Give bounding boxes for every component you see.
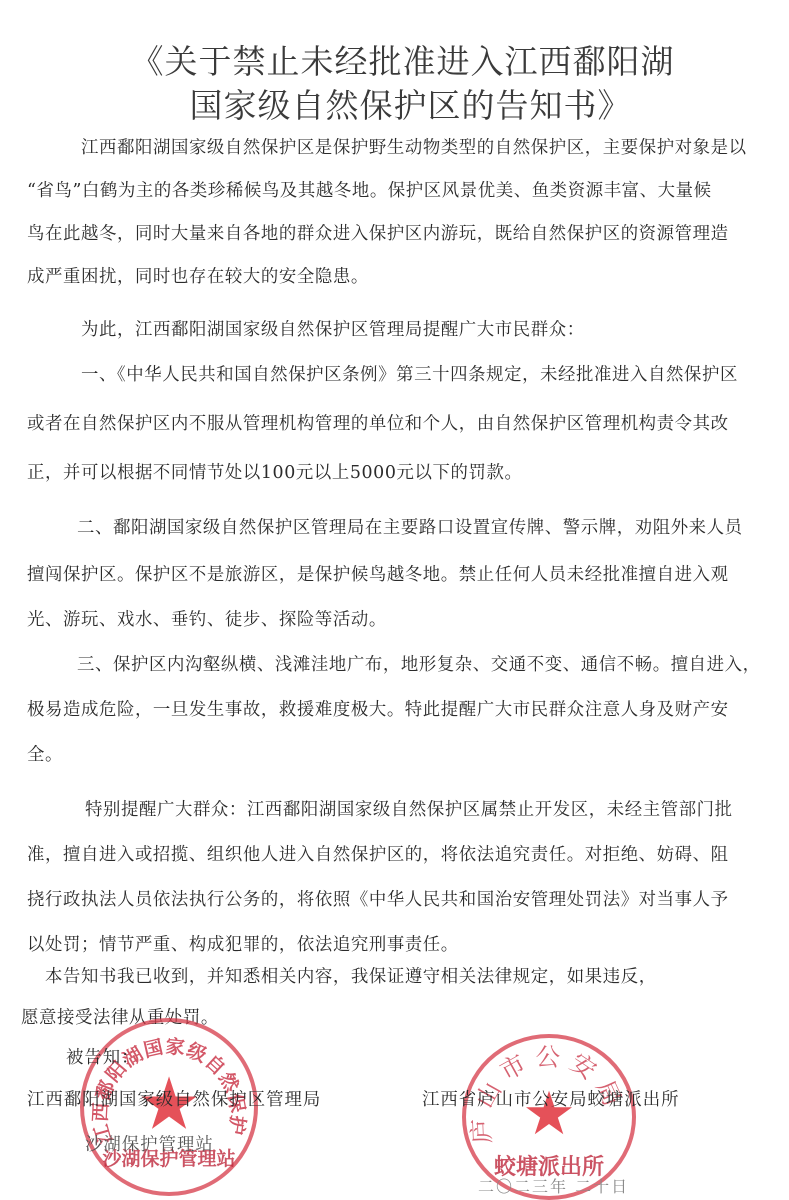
paragraph-line: 正，并可以根据不同情节处以100元以上5000元以下的罚款。 bbox=[27, 458, 522, 483]
paragraph-line: 为此，江西鄱阳湖国家级自然保护区管理局提醒广大市民群众： bbox=[81, 315, 585, 340]
paragraph-line: 二、鄱阳湖国家级自然保护区管理局在主要路口设置宣传牌、警示牌，劝阻外来人员 bbox=[77, 513, 743, 538]
paragraph-line: 江西鄱阳湖国家级自然保护区是保护野生动物类型的自然保护区，主要保护对象是以 bbox=[81, 133, 747, 158]
document-title-line-2: 国家级自然保护区的告知书》 bbox=[16, 84, 789, 128]
notified-label: 被告知： bbox=[66, 1043, 140, 1068]
paragraph-line: 成严重困扰，同时也存在较大的安全隐患。 bbox=[27, 262, 369, 287]
paragraph-line: 擅闯保护区。保护区不是旅游区，是保护候鸟越冬地。禁止任何人员未经批准擅自进入观 bbox=[27, 560, 729, 585]
paragraph-line: 特别提醒广大群众：江西鄱阳湖国家级自然保护区属禁止开发区，未经主管部门批 bbox=[85, 795, 733, 820]
signatory-left-sub: 沙湖保护管理站 bbox=[85, 1130, 214, 1155]
paragraph-line: 一、《中华人民共和国自然保护区条例》第三十四条规定，未经批准进入自然保护区 bbox=[81, 360, 738, 385]
paragraph-line: 本告知书我已收到，并知悉相关内容，我保证遵守相关法律规定，如果违反， bbox=[45, 962, 657, 987]
paragraph-line: “省鸟”白鹤为主的各类珍稀候鸟及其越冬地。保护区风景优美、鱼类资源丰富、大量候 bbox=[27, 176, 712, 201]
paragraph-line: 极易造成危险，一旦发生事故，救援难度极大。特此提醒广大市民群众注意人身及财产安 bbox=[27, 695, 729, 720]
signatory-right-organization: 江西省庐山市公安局蛟塘派出所 bbox=[422, 1085, 679, 1110]
paragraph-line: 准，擅自进入或招揽、组织他人进入自然保护区的，将依法追究责任。对拒绝、妨碍、阻 bbox=[27, 840, 729, 865]
paragraph-line: 三、保护区内沟壑纵横、浅滩洼地广布，地形复杂、交通不变、通信不畅。擅自进入， bbox=[77, 650, 761, 675]
paragraph-line: 全。 bbox=[27, 740, 63, 765]
paragraph-line: 鸟在此越冬，同时大量来自各地的群众进入保护区内游玩，既给自然保护区的资源管理造 bbox=[27, 219, 729, 244]
paragraph-line: 以处罚；情节严重、构成犯罪的，依法追究刑事责任。 bbox=[27, 930, 459, 955]
paragraph-line: 光、游玩、戏水、垂钓、徒步、探险等活动。 bbox=[27, 605, 387, 630]
document-title-line-1: 《关于禁止未经批准进入江西鄱阳湖 bbox=[8, 40, 789, 84]
paragraph-line: 挠行政执法人员依法执行公务的，将依照《中华人民共和国治安管理处罚法》对当事人予 bbox=[27, 885, 729, 910]
signatory-left-organization: 江西鄱阳湖国家级自然保护区管理局 bbox=[27, 1085, 321, 1110]
paragraph-line: 或者在自然保护区内不服从管理机构管理的单位和个人，由自然保护区管理机构责令其改 bbox=[27, 409, 729, 434]
document-date: 二〇二三年 二十日 bbox=[478, 1174, 629, 1197]
